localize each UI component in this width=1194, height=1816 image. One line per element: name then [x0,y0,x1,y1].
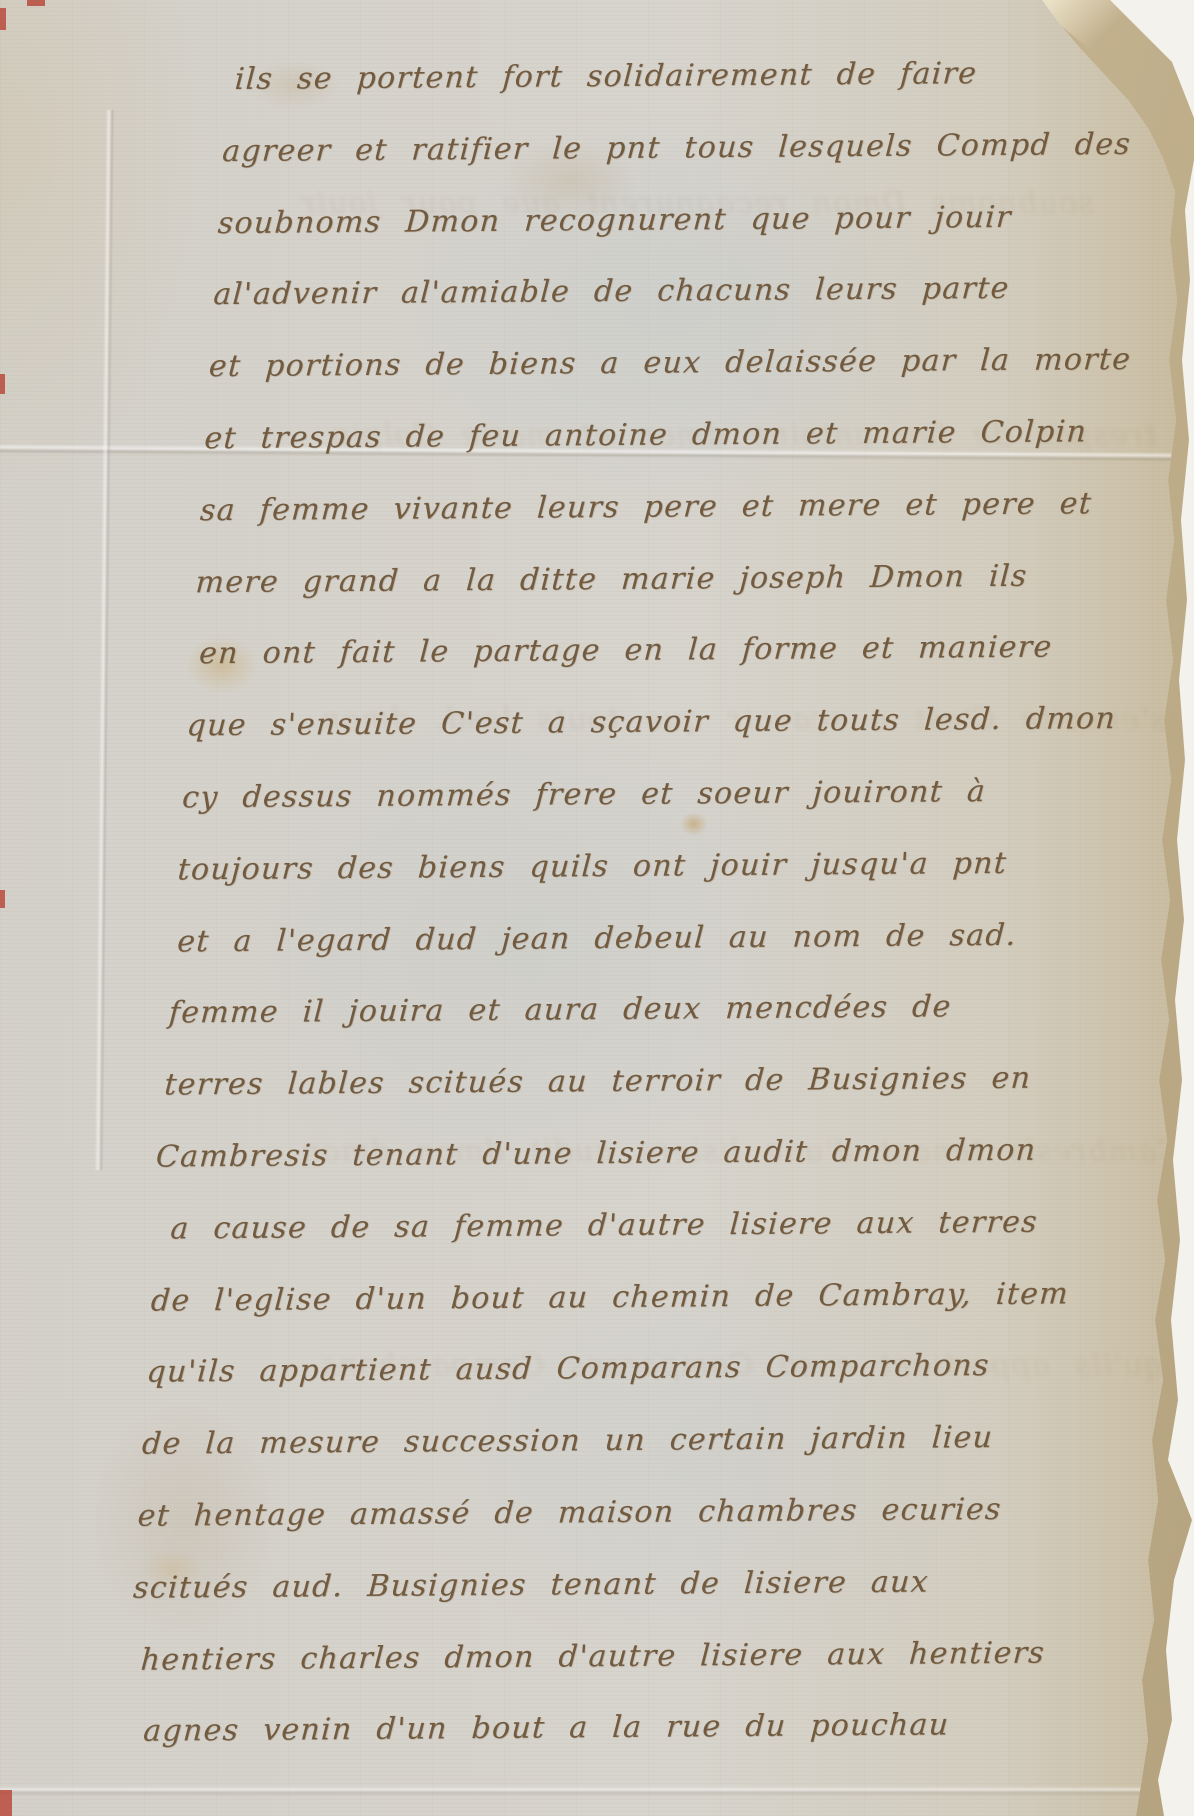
scan-edge-artifact [0,8,6,30]
manuscript-line: et hentage amassé de maison chambres ecu… [136,1490,1003,1537]
manuscript-line: femme il jouira et aura deux mencdées de [168,987,953,1033]
manuscript-line: al'advenir al'amiable de chacuns leurs p… [212,269,1011,315]
manuscript-line: Cambresis tenant d'une lisiere audit dmo… [155,1131,1038,1178]
manuscript-line: terres lables scitués au terroir de Busi… [163,1059,1032,1106]
manuscript-line: scitués aud. Busignies tenant de lisiere… [132,1563,930,1609]
manuscript-line: et a l'egard dud jean debeul au nom de s… [176,916,1018,963]
manuscript-line: hentiers charles dmon d'autre lisiere au… [139,1634,1046,1681]
manuscript-line: de la mesure succession un certain jardi… [141,1418,995,1465]
manuscript-line: ils se portent fort solidairement de fai… [234,54,979,100]
manuscript-line: cy dessus nommés frere et soeur jouiront… [181,772,987,818]
manuscript-line: et trespas de feu antoine dmon et marie … [203,412,1088,459]
manuscript-line: toujours des biens quils ont jouir jusqu… [176,844,1008,891]
scan-edge-artifact [27,0,45,6]
scan-edge-artifact [0,1790,12,1816]
manuscript-line: agnes venin d'un bout a la rue du poucha… [142,1705,951,1751]
scan-edge-artifact [0,890,5,908]
manuscript-line: qu'ils appartient ausd Comparans Comparc… [145,1346,991,1393]
manuscript-line: a cause de sa femme d'autre lisiere aux … [169,1203,1039,1250]
manuscript-line: en ont fait le partage en la forme et ma… [198,628,1054,675]
scan-edge-artifact [0,374,5,394]
manuscript-line: que s'ensuite C'est a sçavoir que touts … [185,699,1117,746]
manuscript-line: et portions de biens a eux delaissée par… [208,340,1133,387]
manuscript-line: agreer et ratifier le pnt tous lesquels … [221,125,1132,172]
manuscript-line: sa femme vivante leurs pere et mere et p… [199,484,1094,531]
manuscript-text-block: ils se portent fort solidairement de fai… [0,0,1194,1816]
manuscript-line: de l'eglise d'un bout au chemin de Cambr… [150,1274,1070,1321]
scanned-document: soubnoms Dmon recognurent que pour jouir… [0,0,1194,1816]
manuscript-line: mere grand a la ditte marie joseph Dmon … [194,557,1028,604]
manuscript-line: soubnoms Dmon recognurent que pour jouir [217,198,1013,244]
manuscript-page: soubnoms Dmon recognurent que pour jouir… [0,0,1194,1816]
